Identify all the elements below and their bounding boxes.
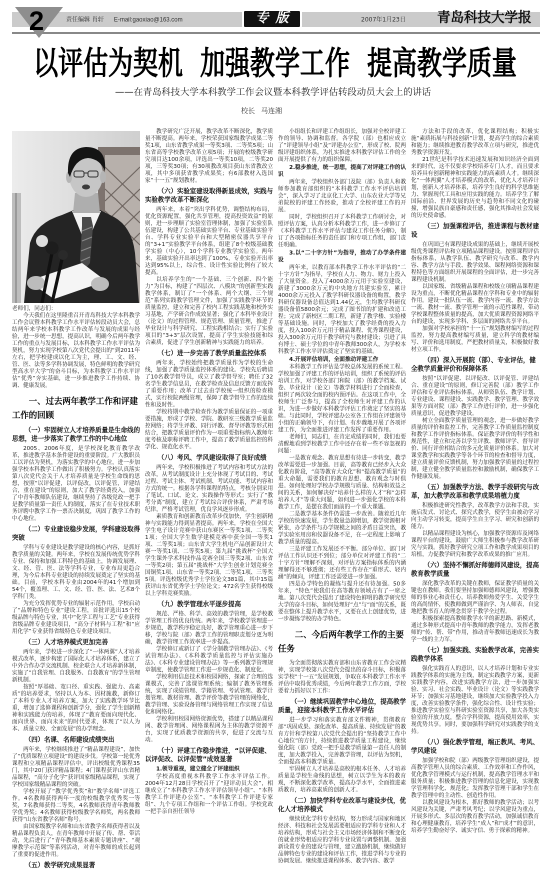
article-column-2: 教学研究广泛开展，教学改革不断深化，教学质量不断提高。两年来，学校荣获国家级教学… bbox=[145, 128, 273, 883]
section-heading: 二、今后两年教学工作的主要任务 bbox=[278, 628, 406, 656]
editor-label: 责任编辑 bbox=[66, 16, 90, 23]
body-paragraph: 两年来，以教育部本科教学工作水平评估的“二十字方针”为指导，学校在人力、物力、财… bbox=[278, 264, 406, 355]
editor-email: E-mail:gaoxiao@163.com bbox=[114, 16, 183, 23]
speaker-photo-image bbox=[12, 131, 140, 303]
body-paragraph: 树立全面教学质量管理的观念，进一步做好教学质量的评价和监控工作，完善教学工作质量… bbox=[411, 417, 539, 480]
speaker-photo bbox=[12, 131, 140, 303]
body-paragraph: 积极探索提高教师教学水平的新思路、新模式，通过多种形式提高中青年教师的教学能力，… bbox=[411, 615, 539, 643]
title-part: 加强教学工作 bbox=[200, 43, 350, 83]
body-paragraph: 牢固树立人才培养是高校的根本任务、人才培养质量是学校生命线的思想，树立以学生为本… bbox=[278, 766, 406, 794]
numbered-heading: 3.以“二十字方针”为指导，推动了办学条件建设 bbox=[278, 250, 406, 264]
body-paragraph: 两年来，学校进一步深化了“一体两翼”人才培养模式改革，逐步构建了国际化人才培养体… bbox=[12, 649, 140, 684]
section-heading: 一、过去两年教学工作和评建工作的回顾 bbox=[12, 394, 140, 422]
subsection-heading: （六）实验室建设取得新显成效，实践与实验教学改革不断深化 bbox=[145, 187, 273, 204]
body-paragraph: 规范、严格、科学、高效的教学管理，是学校教学管理工作的优良传统。两年来，学校教学… bbox=[145, 611, 273, 646]
body-paragraph: 学校高度重视本科教学工作水平评估工作。2004年12月28日学校召开了“迎评动员… bbox=[145, 773, 273, 815]
body-paragraph: 本科教学工作评估是学校总体发展的系统工程。学校加强了评建工作的评估培训，组织了系… bbox=[278, 364, 406, 434]
body-paragraph: 一是教育观念、教育思想有待进一步转变，教学改革需要进一步加强。目前，高等教育已经… bbox=[278, 455, 406, 511]
body-paragraph: 以国家级、省级精品课程和校级立项精品课程建设为重点，不断优化精品课程在学科和专业… bbox=[411, 283, 539, 325]
body-paragraph: 深化教学改革的关键在教师，保证教学质量的关键也在教师。我们要坚持加强师德师风建设… bbox=[411, 580, 539, 615]
editor-credit: 责任编辑 肖轩 E-mail:gaoxiao@163.com bbox=[66, 16, 183, 23]
subsection-heading: （一）牢固树立人才培养质量是生命线的思想，进一步落实了教学工作的中心地位 bbox=[12, 426, 140, 443]
body-paragraph: 二是教学基本条件仍需进一步改善。随着近几年学校的快速发展，学生数量急剧增加，教学… bbox=[278, 511, 406, 546]
body-paragraph: 按照“厚基础、宽口径、重实践、强能力、高素质”的培养要求，坚持以人为本、因材施教… bbox=[12, 684, 140, 733]
body-paragraph: 以教风建设为根本，抓好教师的教学活动；以考风建设为关键，严肃考风考纪；以学风建设… bbox=[411, 799, 539, 834]
numbered-heading: 1.领导重视，建立健全了评建组织 bbox=[145, 766, 273, 773]
body-paragraph: 两年来，学校组织各部门及院（部）负责人和教师参加教育部组织的“本科教学工作水平评… bbox=[278, 179, 406, 214]
body-paragraph: 按照“以评促建、以评促改、以评促管、评建结合、重在建设”的原则，修订完善院（部）… bbox=[411, 375, 539, 417]
body-paragraph: 进一步学习和落实教育部文件精神，贯彻教育部“巩固成果、深化改革、提高质量、持续发… bbox=[278, 717, 406, 766]
subsection-heading: （四）深入开展院（部）、专业评估，健全教学质量评价和保障体系 bbox=[411, 356, 539, 373]
body-paragraph: 两年来，本着“突出学科优势，调整结构布局，优化资源配置，强化共享管理，提高投资效… bbox=[145, 206, 273, 276]
subsection-heading: （五）教学研究成果显著 bbox=[12, 861, 140, 870]
subsection-heading: （七）进一步完善了教学质量监控体系 bbox=[145, 349, 273, 358]
title-part: 提高教学质量 bbox=[367, 43, 517, 83]
article-title: 以评估为契机 加强教学工作 提高教学质量 bbox=[0, 43, 550, 83]
body-paragraph: 方法和手段的改革，优化课程结构；积极实施“素质拓展与科技创新”计划，提高学生的综… bbox=[411, 128, 539, 156]
numbered-heading: 2.稳步推进，统一思想，提高了对评建工作的认识 bbox=[278, 164, 406, 178]
body-paragraph: 三是评建工作发展还不平衡。部分单位、部门对评估工作认识还不到位；部分单位对评建工… bbox=[278, 546, 406, 581]
body-paragraph: 同时，学校组织召开了本科教学工作研讨会，对照评估方案，认真分析本科教学工作，进一… bbox=[278, 214, 406, 249]
body-paragraph: 今天我们在这里隆重召开青岛科技大学本科教学工作会议暨本科教学工作水平评估转段动员… bbox=[12, 312, 140, 389]
body-paragraph: 为充分发挥优势专业的辐射示范作用，学校启动了“品牌和特色专业”建设工程，首批评选… bbox=[12, 600, 140, 635]
subsection-heading: （二）加快学科专业改革与建设步伐，优化人才培养模式 bbox=[278, 797, 406, 814]
subsection-heading: （八）强化教学管理，端正教风、考风、学风建设 bbox=[411, 738, 539, 755]
body-paragraph: 以精品课程建设为核心，加强教学资源库及网络课程平台的建设，鼓励广大师生积极参与教… bbox=[411, 530, 539, 558]
body-paragraph: 学科与专业建设是教学建设的核心内容，是抓好教学质量的关键。两年来，学校在发展传统… bbox=[12, 544, 140, 600]
body-paragraph: 为全面贯彻落实教育部和山东省教育工作会议精神，实现学校第八次党代会提出的奋斗目标… bbox=[278, 660, 406, 695]
subsection-heading: （六）坚持不懈抓好师德师风建设，提高教育教学质量 bbox=[411, 561, 539, 578]
body-paragraph: 21世纪是科学技术迅速发展和知识经济全面到来的时代，这不仅要求学校培养专门人才，… bbox=[411, 156, 539, 219]
body-paragraph: 老师们，同志们，在肯定成绩的同时，我们也要清醒地看到学校教学工作中还存在着一些不… bbox=[278, 434, 406, 455]
subsection-heading: （一）继续巩固教学中心地位，提高教学质量，迎接本科教学工作水平评估 bbox=[278, 698, 406, 715]
section-logo-text: 专版 bbox=[248, 11, 295, 27]
body-paragraph: 继续优化学科专业结构，努力形成与国家和地区经济、科技和社会发展需要相适应的学科专… bbox=[278, 816, 406, 865]
body-paragraph: 以培养学生的“一个基础、三个创新、四个能力”为目标，构建了“四层次、八模块”的创… bbox=[145, 276, 273, 346]
subsection-heading: （四）名课、名师建设成绩突出 bbox=[12, 736, 140, 745]
editor-name: 肖轩 bbox=[92, 16, 104, 23]
body-paragraph: 学校利用信息技术和校园网络，探索了合理的选课模式，完善了选课管理系统；编制了教务… bbox=[145, 674, 273, 716]
newspaper-masthead: 青岛科技大学报 bbox=[437, 9, 532, 28]
article-column-4: 方法和手段的改革，优化课程结构；积极实施“素质拓展与科技创新”计划，提高学生的综… bbox=[411, 128, 540, 883]
subsection-heading: （十）评建工作稳步推进，“以评促建、以评促改、以评促管”成效显著 bbox=[145, 747, 273, 764]
body-paragraph: 学校开展了“教学优秀奖”和“教学名师”评选工作。4名教师获得两年一度的校级教学优… bbox=[12, 788, 140, 823]
numbered-heading: 4.开展评估培训，全面推动评建工作 bbox=[278, 356, 406, 363]
body-paragraph: 积极推进研究性教学，改革教学方法和手段，实施启发式、讨论式、探究式教学，使学生由… bbox=[411, 502, 539, 530]
author-byline: 校长马连湘 bbox=[241, 107, 282, 116]
body-paragraph: 两年来，学校积极推进了考试内容和考试方法的改革，从考试制度设计上充分体现了考试目… bbox=[145, 464, 273, 513]
body-paragraph: 加强对学校承担的“十一五”规划教材编写的过程监控，努力提高教材编写质量，建立科学… bbox=[411, 325, 539, 353]
subsection-heading: （八）考风、学风建设取得了良好成绩 bbox=[145, 454, 273, 463]
salutation: 老师们，同志们： bbox=[12, 305, 140, 312]
body-paragraph: 四是办学特色的凝练与提升还有待加强。50多年来，“特色”使我们在高等教育领域占有… bbox=[278, 581, 406, 623]
body-paragraph: 学校将期中教学检查作为教学质量保证的一项重要措施，形成了学校、学院、教研室三级教… bbox=[145, 409, 273, 451]
body-paragraph: 由国家级教学名师和山东省教学名师获得者以及精品课程负责人，在青年教师中开展了传、… bbox=[12, 823, 140, 858]
section-logo: 专版 bbox=[242, 9, 302, 29]
page-number: 2 bbox=[29, 6, 44, 36]
article-column-1: 老师们，同志们：今天我们在这里隆重召开青岛科技大学本科教学工作会议暨本科教学工作… bbox=[12, 305, 140, 883]
header-rule bbox=[12, 32, 540, 34]
body-paragraph: 素质教育和创新教育改革步伐加快，学生创新精神与实践能力得到显著提高。两年来，学校… bbox=[145, 513, 273, 597]
subsection-heading: （七）加强实践、实验教学改革，完善实践教学体系 bbox=[411, 646, 539, 663]
body-paragraph: 加强学校和院（部）两级教学管理组织建设，提高教学管理人员的综合素质、工作效率和工… bbox=[411, 757, 539, 799]
subsection-heading: （三）加强课程评估，推进课程与教材建设 bbox=[411, 222, 539, 239]
title-part: 以评估为契机 bbox=[33, 43, 183, 83]
subsection-heading: （二）专业建设稳步发展，学科建设取得突破 bbox=[12, 525, 140, 542]
article-subtitle: ——在青岛科技大学本科教学工作会议暨本科教学评估转段动员大会上的讲话 bbox=[115, 87, 431, 99]
body-paragraph: 两年来，学校继续推进了“精品课程建设”，加快了“优质课程立项建设”的建设步伐。学… bbox=[12, 746, 140, 788]
body-paragraph: 两年来，学校始终把教学质量作为学校的生命线，加强了教学质量监控体系的建设。学校先… bbox=[145, 360, 273, 409]
body-paragraph: 学校修订或新订了《学分制教学管理办法》、《考试管理办法》、《本科教学质量监控与评… bbox=[145, 646, 273, 674]
body-paragraph: 在巩固已有课程建设成果的基础上，继续开展校级优秀课程评估和立项精品课程建设。按照… bbox=[411, 241, 539, 283]
body-paragraph: 2005、2006年度，是学校深化教育教学改革，推进教学基本条件建设的重要阶段。… bbox=[12, 445, 140, 522]
body-paragraph: 强化实践育人的意识，以人才培养计划和专业实践教学体系的实施为主线，制定实践教学方… bbox=[411, 665, 539, 735]
body-paragraph: 小组组长和评建工作组组长，加强对全校评建工作的领导、协调和监督。各学院（部）也相… bbox=[278, 128, 406, 163]
body-paragraph: 学校利用校园网络资源优势，搭建了以精品课程网、教学管理网、网络课程网为主体的教学… bbox=[145, 716, 273, 744]
issue-date: 2007年1月23日 bbox=[361, 16, 406, 23]
author-role: 校长 bbox=[241, 107, 255, 115]
subsection-heading: （九）教学管理水平逐步提高 bbox=[145, 600, 273, 609]
article-column-3: 小组组长和评建工作组组长，加强对全校评建工作的领导、协调和监督。各学院（部）也相… bbox=[278, 128, 406, 883]
subsection-heading: （五）加强教学方法、教学手段研究与改革，加大教学改革和教学成果培植力度 bbox=[411, 483, 539, 500]
author-name: 马连湘 bbox=[261, 107, 282, 115]
body-paragraph: 教学研究广泛开展，教学改革不断深化，教学质量不断提高。两年来，学校荣获国家级教学… bbox=[145, 128, 273, 184]
subsection-heading: （三）人才培养模式更加完善 bbox=[12, 638, 140, 647]
